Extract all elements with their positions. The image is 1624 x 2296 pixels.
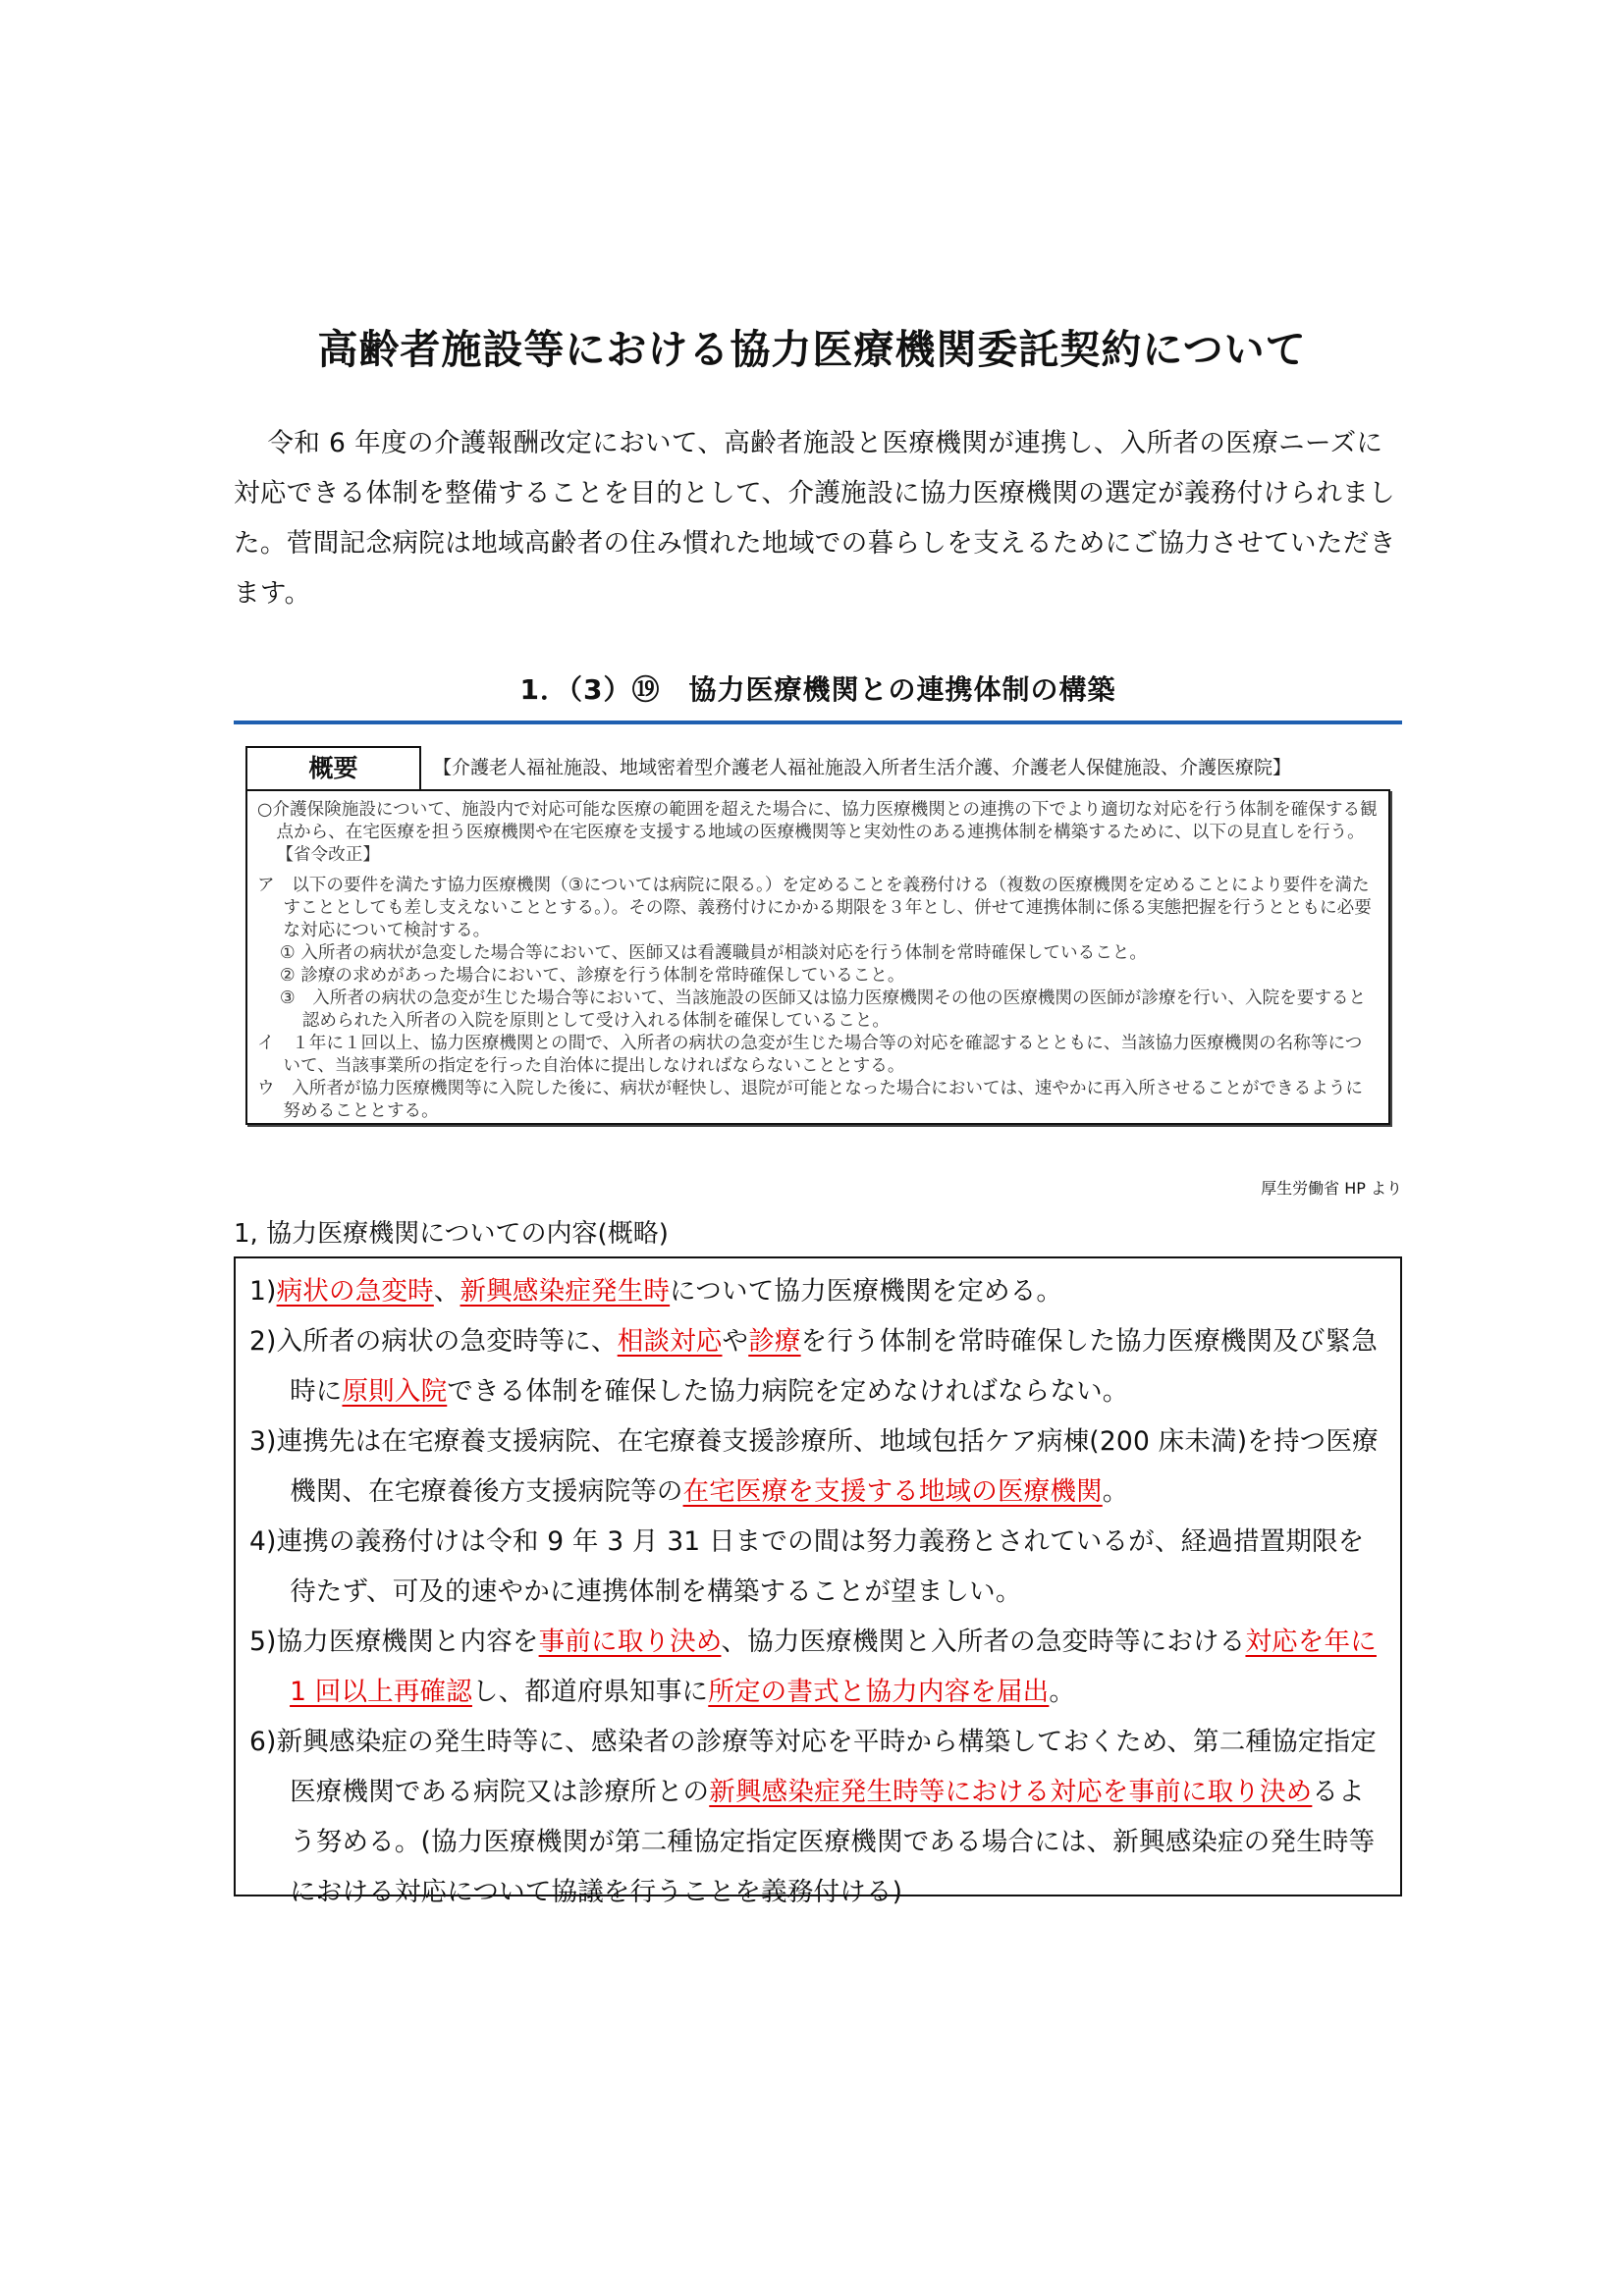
excerpt-title: 1．（3）⑲ 協力医療機関との連携体制の構築 bbox=[234, 667, 1402, 713]
mhlw-excerpt: 1．（3）⑲ 協力医療機関との連携体制の構築 概要 【介護老人福祉施設、地域密着… bbox=[234, 667, 1402, 1125]
source-citation: 厚生労働省 HP より bbox=[1261, 1176, 1402, 1199]
summary-item-4: 4)連携の義務付けは令和 9 年 3 月 31 日までの間は努力義務とされている… bbox=[249, 1517, 1388, 1617]
page-title: 高齢者施設等における協力医療機関委託契約について bbox=[0, 317, 1624, 375]
overview-item-a: ア 以下の要件を満たす協力医療機関（③については病院に限る。）を定めることを義務… bbox=[257, 875, 1379, 942]
excerpt-title-rule bbox=[234, 721, 1402, 724]
summary-box: 1)病状の急変時、新興感染症発生時について協力医療機関を定める。 2)入所者の病… bbox=[234, 1256, 1402, 1896]
overview-item-u: ウ 入所者が協力医療機関等に入院した後に、病状が軽快し、退院が可能となった場合に… bbox=[257, 1078, 1379, 1123]
highlight-text: 相談対応 bbox=[618, 1326, 723, 1357]
highlight-text: 事前に取り決め bbox=[539, 1627, 722, 1657]
overview-item-i: イ １年に１回以上、協力医療機関との間で、入所者の病状の急変が生じた場合等の対応… bbox=[257, 1033, 1379, 1078]
target-facilities: 【介護老人福祉施設、地域密着型介護老人福祉施設入所者生活介護、介護老人保健施設、… bbox=[421, 746, 1390, 789]
requirement-2: ② 診療の求めがあった場合において、診療を行う体制を常時確保していること。 bbox=[257, 965, 1379, 988]
section-heading: 1, 協力医療機関についての内容(概略) bbox=[234, 1213, 669, 1250]
item-text: 。 bbox=[1103, 1476, 1129, 1507]
intro-paragraph: 令和 6 年度の介護報酬改定において、高齢者施設と医療機関が連携し、入所者の医療… bbox=[234, 418, 1402, 618]
item-text: 5)協力医療機関と内容を bbox=[249, 1627, 539, 1657]
summary-item-1: 1)病状の急変時、新興感染症発生時について協力医療機関を定める。 bbox=[249, 1266, 1388, 1316]
item-text: 。 bbox=[1049, 1677, 1075, 1707]
requirement-3: ③ 入所者の病状の急変が生じた場合等において、当該施設の医師又は協力医療機関その… bbox=[257, 988, 1379, 1033]
summary-item-2: 2)入所者の病状の急変時等に、相談対応や診療を行う体制を常時確保した協力医療機関… bbox=[249, 1316, 1388, 1416]
overview-body: ○介護保険施設について、施設内で対応可能な医療の範囲を超えた場合に、協力医療機関… bbox=[245, 789, 1390, 1125]
item-text: 1) bbox=[249, 1276, 277, 1307]
item-text: できる体制を確保した協力病院を定めなければならない。 bbox=[447, 1376, 1128, 1407]
highlight-text: 新興感染症発生時等における対応を事前に取り決め bbox=[709, 1777, 1312, 1807]
overview-label: 概要 bbox=[245, 746, 421, 789]
summary-item-5: 5)協力医療機関と内容を事前に取り決め、協力医療機関と入所者の急変時等における対… bbox=[249, 1617, 1388, 1717]
highlight-text: 病状の急変時 bbox=[277, 1276, 434, 1307]
item-text: について協力医療機関を定める。 bbox=[670, 1276, 1062, 1307]
summary-item-6: 6)新興感染症の発生時等に、感染者の診療等対応を平時から構築しておくため、第二種… bbox=[249, 1717, 1388, 1917]
overview-lead: ○介護保険施設について、施設内で対応可能な医療の範囲を超えた場合に、協力医療機関… bbox=[257, 799, 1379, 867]
requirement-1: ① 入所者の病状が急変した場合等において、医師又は看護職員が相談対応を行う体制を… bbox=[257, 942, 1379, 965]
item-text: や bbox=[723, 1326, 749, 1357]
summary-item-3: 3)連携先は在宅療養支援病院、在宅療養支援診療所、地域包括ケア病棟(200 床未… bbox=[249, 1416, 1388, 1517]
highlight-text: 診療 bbox=[748, 1326, 800, 1357]
overview-box: 概要 【介護老人福祉施設、地域密着型介護老人福祉施設入所者生活介護、介護老人保健… bbox=[245, 746, 1390, 1125]
item-text: 2)入所者の病状の急変時等に、 bbox=[249, 1326, 618, 1357]
item-text: 、 bbox=[434, 1276, 460, 1307]
highlight-text: 原則入院 bbox=[342, 1376, 447, 1407]
item-text: 4)連携の義務付けは令和 9 年 3 月 31 日までの間は努力義務とされている… bbox=[249, 1526, 1364, 1607]
item-text: し、都道府県知事に bbox=[472, 1677, 708, 1707]
highlight-text: 所定の書式と協力内容を届出 bbox=[708, 1677, 1049, 1707]
highlight-text: 新興感染症発生時 bbox=[460, 1276, 671, 1307]
highlight-text: 在宅医療を支援する地域の医療機関 bbox=[683, 1476, 1103, 1507]
item-text: 、協力医療機関と入所者の急変時等における bbox=[721, 1627, 1245, 1657]
